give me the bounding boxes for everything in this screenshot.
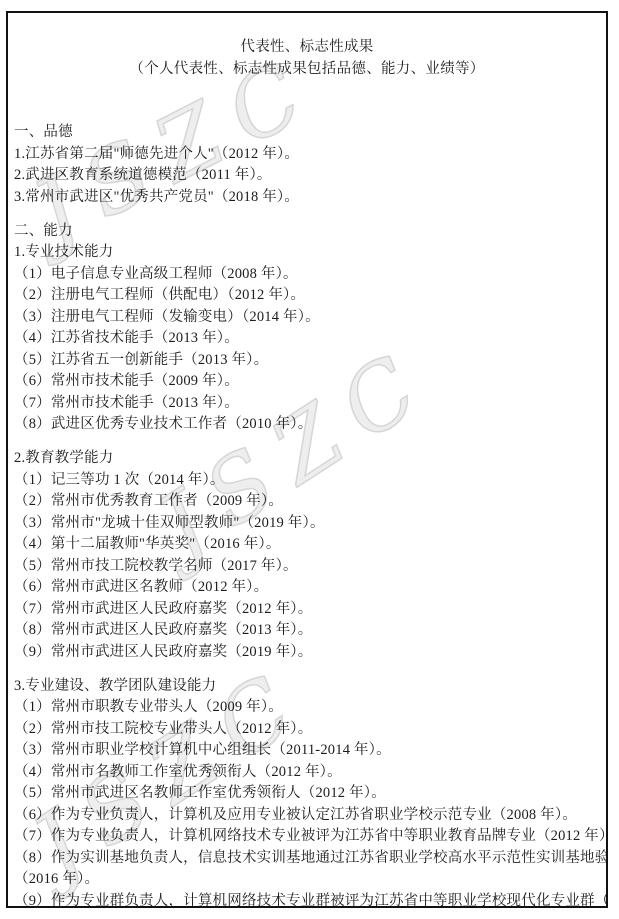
- blank-line: [14, 436, 600, 449]
- text-line: （6）作为专业负责人，计算机及应用专业被认定江苏省职业学校示范专业（2008 年…: [14, 805, 600, 827]
- text-line: （2）常州市技工院校专业带头人（2012 年）。: [14, 719, 600, 741]
- text-line: （1）电子信息专业高级工程师（2008 年）。: [14, 264, 600, 286]
- text-line: （2）常州市优秀教育工作者（2009 年）。: [14, 491, 600, 513]
- text-line: （8）常州市武进区人民政府嘉奖（2013 年）。: [14, 620, 600, 642]
- document-screenshot: { "document": { "title": "代表性、标志性成果", "s…: [0, 0, 619, 919]
- text-line: 1.江苏省第二届"师德先进个人"（2012 年）。: [14, 144, 600, 166]
- text-line: （8）武进区优秀专业技术工作者（2010 年）。: [14, 414, 600, 436]
- text-line: 3.常州市武进区"优秀共产党员"（2018 年）。: [14, 187, 600, 209]
- title-spacer: [14, 80, 600, 122]
- document-body: 一、品德1.江苏省第二届"师德先进个人"（2012 年）。2.武进区教育系统道德…: [14, 122, 600, 908]
- document-content: 代表性、标志性成果 （个人代表性、标志性成果包括品德、能力、业绩等） 一、品德1…: [8, 13, 606, 908]
- text-line: （5）江苏省五一创新能手（2013 年）。: [14, 350, 600, 372]
- text-line: （9）常州市武进区人民政府嘉奖（2019 年）。: [14, 642, 600, 664]
- text-line: （9）作为专业群负责人，计算机网络技术专业群被评为江苏省中等职业学校现代化专业群…: [14, 891, 600, 909]
- blank-line: [14, 208, 600, 221]
- text-line: （6）常州市武进区名教师（2012 年）。: [14, 577, 600, 599]
- subsection-heading: 1.专业技术能力: [14, 242, 600, 264]
- text-line: （1）记三等功 1 次（2014 年）。: [14, 470, 600, 492]
- text-line: （3）常州市职业学校计算机中心组组长（2011-2014 年）。: [14, 740, 600, 762]
- text-line: （8）作为实训基地负责人，信息技术实训基地通过江苏省职业学校高水平示范性实训基地…: [14, 848, 600, 870]
- text-line: （4）第十二届教师"华英奖"（2016 年）。: [14, 534, 600, 556]
- text-line: （2016 年）。: [14, 869, 600, 891]
- page-border: JSZC JSZC JSZC 代表性、标志性成果 （个人代表性、标志性成果包括品…: [6, 11, 608, 908]
- blank-line: [14, 663, 600, 676]
- text-line: （2）注册电气工程师（供配电）（2012 年）。: [14, 285, 600, 307]
- text-line: （4）常州市名教师工作室优秀领衔人（2012 年）。: [14, 762, 600, 784]
- text-line: （7）常州市技术能手（2013 年）。: [14, 393, 600, 415]
- text-line: （7）作为专业负责人，计算机网络技术专业被评为江苏省中等职业教育品牌专业（201…: [14, 826, 600, 848]
- page-title: 代表性、标志性成果: [14, 37, 600, 59]
- text-line: （6）常州市技术能手（2009 年）。: [14, 371, 600, 393]
- section-heading: 二、能力: [14, 221, 600, 243]
- text-line: （3）注册电气工程师（发输变电）（2014 年）。: [14, 307, 600, 329]
- text-line: （3）常州市"龙城十佳双师型教师"（2019 年）。: [14, 513, 600, 535]
- subsection-heading: 3.专业建设、教学团队建设能力: [14, 676, 600, 698]
- subsection-heading: 2.教育教学能力: [14, 448, 600, 470]
- text-line: （5）常州市技工院校教学名师（2017 年）。: [14, 556, 600, 578]
- text-line: （5）常州市武进区名教师工作室优秀领衔人（2012 年）。: [14, 783, 600, 805]
- section-heading: 一、品德: [14, 122, 600, 144]
- text-line: 2.武进区教育系统道德模范（2011 年）。: [14, 165, 600, 187]
- text-line: （1）常州市职教专业带头人（2009 年）。: [14, 697, 600, 719]
- text-line: （7）常州市武进区人民政府嘉奖（2012 年）。: [14, 599, 600, 621]
- text-line: （4）江苏省技术能手（2013 年）。: [14, 328, 600, 350]
- page-subtitle: （个人代表性、标志性成果包括品德、能力、业绩等）: [14, 59, 600, 81]
